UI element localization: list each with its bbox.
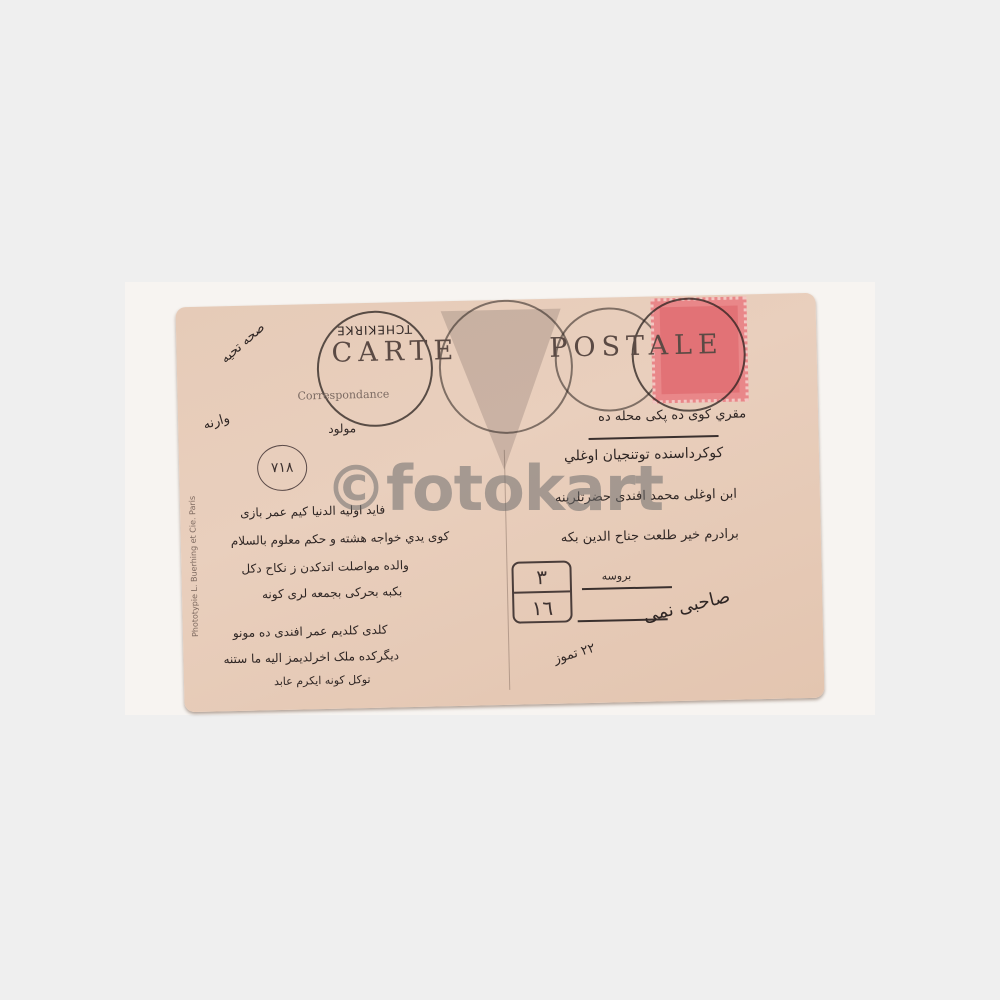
circled-number: ٧١٨ bbox=[257, 444, 308, 491]
message-line: کوی يدي خواجه هشته و حکم معلوم بالسلام bbox=[231, 529, 450, 548]
margin-note: وارنه bbox=[202, 411, 232, 433]
message-line: کلدی کلدیم عمر افندی ده مونو bbox=[233, 623, 388, 641]
boxed-number: ٣ ١٦ bbox=[511, 560, 572, 623]
message-line: والده مواصلت اتدکدن ز نکاح دکل bbox=[241, 558, 409, 576]
margin-note: مولود bbox=[328, 421, 356, 436]
boxed-number-bottom: ١٦ bbox=[514, 592, 571, 623]
boxed-number-top: ٣ bbox=[513, 562, 570, 593]
address-city: بروسه bbox=[602, 569, 632, 583]
correspondance-label: Correspondance bbox=[297, 387, 389, 402]
address-rule bbox=[582, 586, 672, 590]
title-postale: POSTALE bbox=[549, 329, 724, 364]
address-rule bbox=[589, 435, 719, 439]
postmark-tchekirke: TCHEKIRKE bbox=[316, 310, 435, 429]
title-carte: CARTE bbox=[331, 335, 459, 369]
address-line: برادرم خیر طلعت جناح الدین بکه bbox=[561, 527, 739, 546]
margin-note: صحه تحیه bbox=[218, 320, 268, 367]
message-line: بکبه بحرکی بجمعه لری کونه bbox=[262, 584, 403, 601]
message-line: توکل کونه ایکرم عابد bbox=[274, 673, 371, 688]
watermark: ©fotokart bbox=[325, 452, 663, 525]
date-note: ٢٢ تموز bbox=[552, 641, 597, 667]
publisher-imprint: Phototypie L. Buerhing et Cie. Paris bbox=[188, 496, 200, 637]
message-line: دیگرکده ملک اخرلدیمز الیه ما ستنه bbox=[223, 648, 399, 666]
address-line: مقري کوی ده پکی محله ده bbox=[598, 406, 746, 424]
sender-signature: صاحبی نمی bbox=[641, 586, 732, 627]
